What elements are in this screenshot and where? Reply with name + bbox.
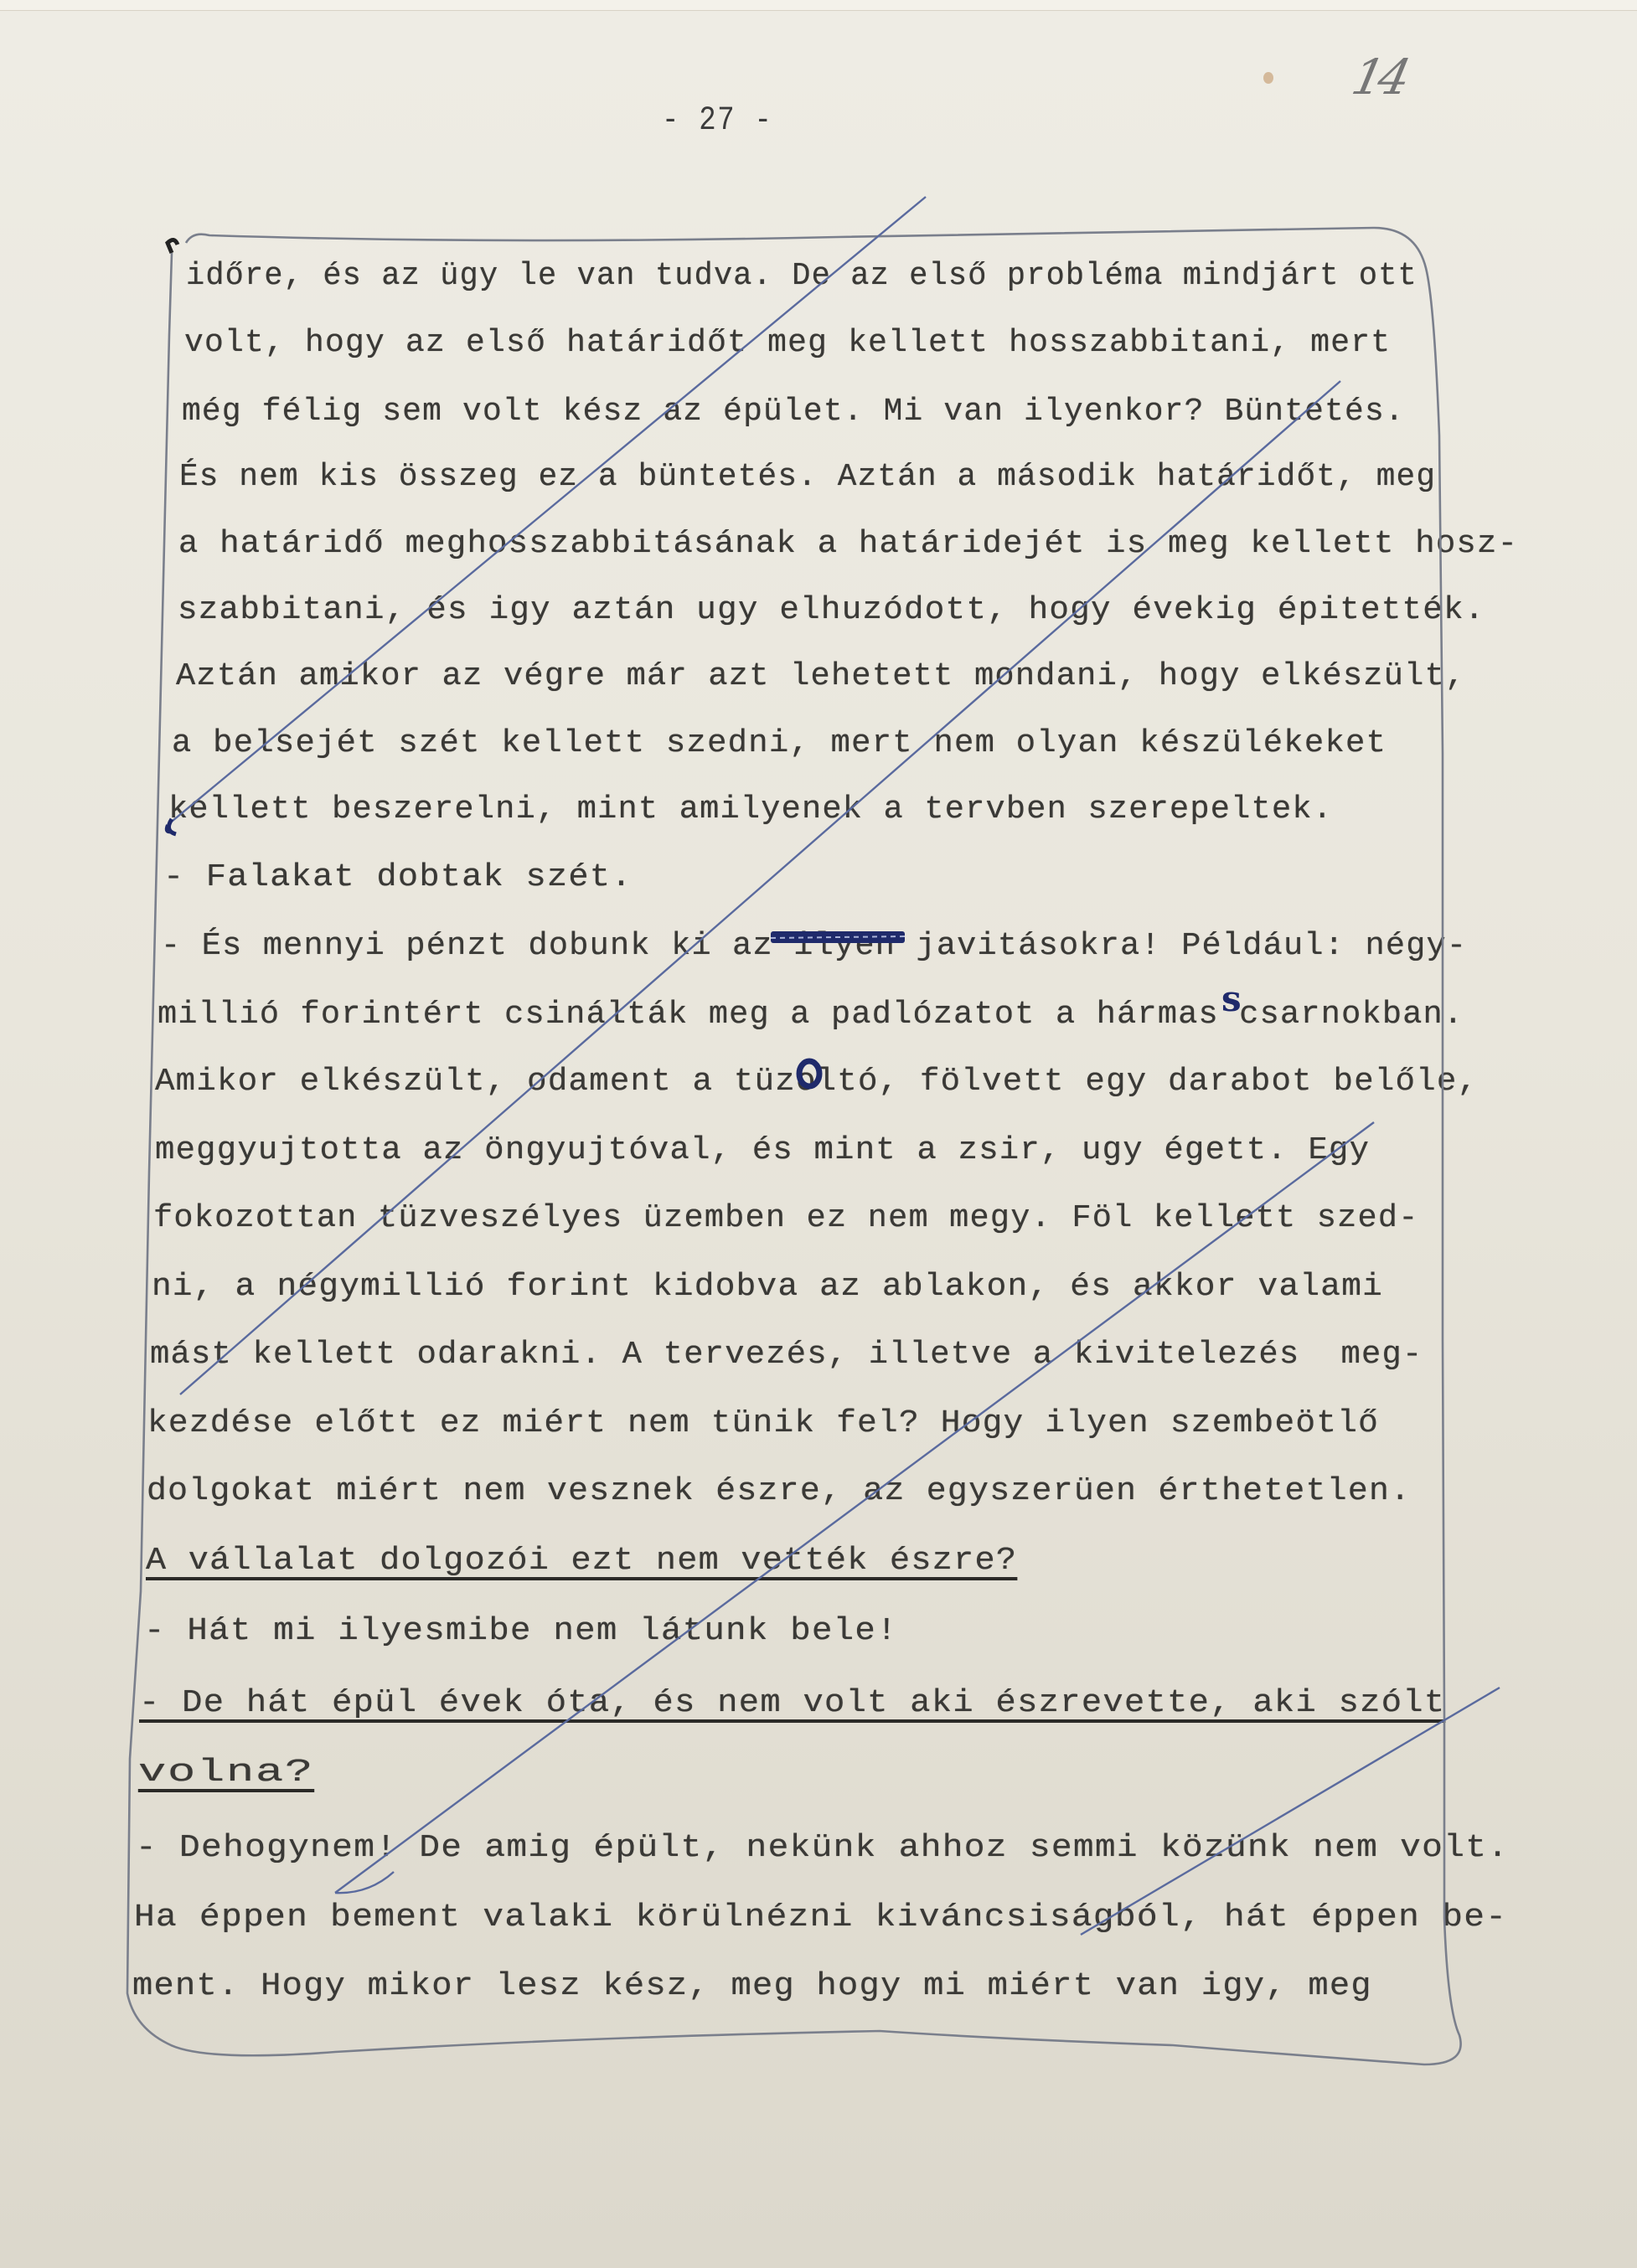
text-line: millió forintért csinálták meg a padlóza… xyxy=(158,997,1464,1033)
text-line: ment. Hogy mikor lesz kész, meg hogy mi … xyxy=(132,1968,1372,2005)
text-line: a határidő meghosszabbitásának a határid… xyxy=(178,526,1518,563)
text-line: Ha éppen bement valaki körülnézni kivánc… xyxy=(134,1899,1507,1936)
text-line: - Dehogynem! De amig épült, nekünk ahhoz… xyxy=(136,1830,1509,1867)
paper-stain xyxy=(1263,72,1273,84)
text-line: mást kellett odarakni. A tervezés, illet… xyxy=(150,1337,1423,1374)
text-line: - Hát mi ilyesmibe nem látunk bele! xyxy=(144,1613,898,1650)
text-line: időre, és az ügy le van tudva. De az els… xyxy=(186,258,1418,295)
text-line: a belsejét szét kellett szedni, mert nem… xyxy=(172,725,1387,762)
text-line: kezdése előtt ez miért nem tünik fel? Ho… xyxy=(147,1405,1379,1442)
text-line: még félig sem volt kész az épület. Mi va… xyxy=(182,394,1405,430)
text-line: dolgokat miért nem vesznek észre, az egy… xyxy=(147,1473,1411,1510)
text-line: kellett beszerelni, mint amilyenek a ter… xyxy=(168,791,1333,828)
sheet-top-edge xyxy=(0,0,1637,11)
text-line: Aztán amikor az végre már azt lehetett m… xyxy=(176,658,1465,695)
text-line: meggyujtotta az öngyujtóval, és mint a z… xyxy=(155,1132,1370,1169)
text-line: - És mennyi pénzt dobunk ki az ilyen jav… xyxy=(161,928,1467,965)
text-line: volna? xyxy=(138,1755,314,1791)
text-line: ni, a négymillió forint kidobva az ablak… xyxy=(152,1269,1383,1306)
text-line: fokozottan tüzveszélyes üzemben ez nem m… xyxy=(153,1200,1419,1237)
text-line: - De hát épül évek óta, és nem volt aki … xyxy=(139,1685,1445,1722)
text-line: És nem kis összeg ez a büntetés. Aztán a… xyxy=(179,459,1436,496)
page-number: - 27 - xyxy=(662,102,773,140)
text-line: Amikor elkészült, odament a tüzoltó, föl… xyxy=(155,1064,1478,1100)
text-line: - Falakat dobtak szét. xyxy=(163,859,633,896)
text-line: A vállalat dolgozói ezt nem vették észre… xyxy=(146,1543,1017,1580)
text-line: szabbitani, és igy aztán ugy elhuzódott,… xyxy=(178,592,1485,629)
text-line: volt, hogy az első határidőt meg kellett… xyxy=(184,325,1391,362)
